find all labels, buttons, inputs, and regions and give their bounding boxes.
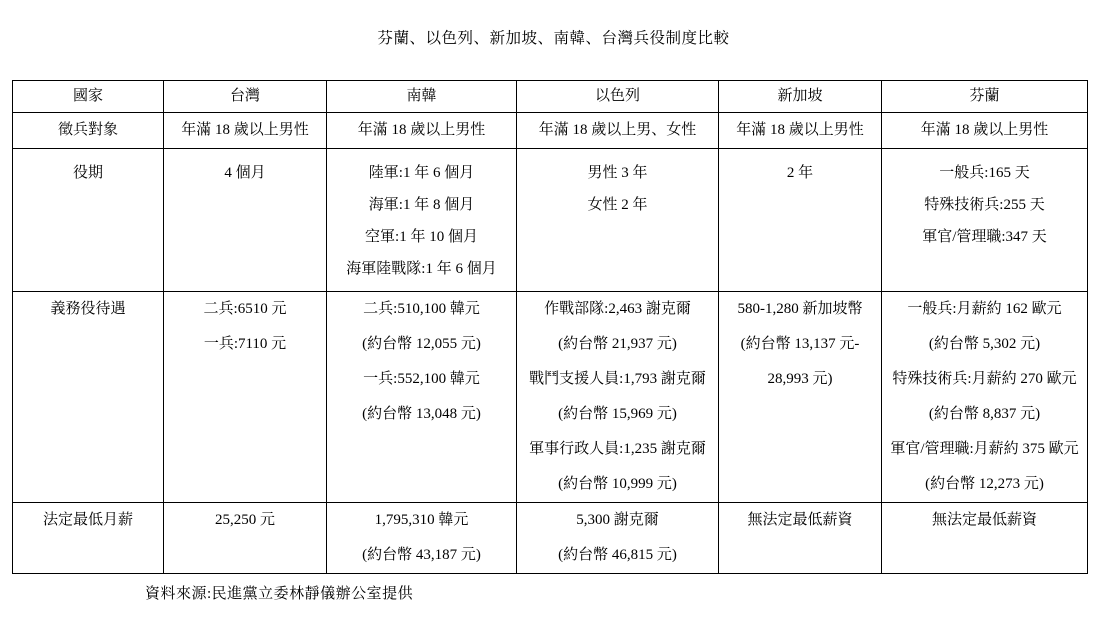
cell-finland-period: 一般兵:165 天 特殊技術兵:255 天 軍官/管理職:347 天: [882, 149, 1088, 292]
cell-line: 男性 3 年: [517, 157, 718, 189]
cell-line: (約台幣 13,048 元): [327, 397, 516, 432]
cell-line: 空軍:1 年 10 個月: [327, 221, 516, 253]
table-row-minimum-wage: 法定最低月薪 25,250 元 1,795,310 韓元 (約台幣 43,187…: [13, 503, 1088, 574]
page-title: 芬蘭、以色列、新加坡、南韓、台灣兵役制度比較: [0, 26, 1107, 48]
cell-line: 二兵:6510 元: [164, 292, 326, 327]
cell-line: (約台幣 12,055 元): [327, 327, 516, 362]
cell-line: 一兵:552,100 韓元: [327, 362, 516, 397]
col-header-south-korea: 南韓: [327, 81, 517, 113]
cell-singapore-pay: 580-1,280 新加坡幣 (約台幣 13,137 元- 28,993 元): [719, 292, 882, 503]
cell-line: 女性 2 年: [517, 189, 718, 221]
cell-line: 特殊技術兵:255 天: [882, 189, 1087, 221]
row-label-minimum-wage: 法定最低月薪: [13, 503, 164, 574]
cell-finland-target: 年滿 18 歲以上男性: [882, 113, 1088, 149]
cell-taiwan-minwage: 25,250 元: [164, 503, 327, 574]
cell-line: (約台幣 15,969 元): [517, 397, 718, 432]
cell-finland-pay: 一般兵:月薪約 162 歐元 (約台幣 5,302 元) 特殊技術兵:月薪約 2…: [882, 292, 1088, 503]
cell-line: (約台幣 43,187 元): [327, 538, 516, 573]
cell-line: 1,795,310 韓元: [327, 503, 516, 538]
cell-line: 一般兵:165 天: [882, 157, 1087, 189]
cell-line: 年滿 18 歲以上男、女性: [517, 113, 718, 148]
cell-line: 役期: [13, 157, 163, 189]
conscription-comparison-table: 國家 台灣 南韓 以色列 新加坡 芬蘭 徵兵對象 年滿 18 歲以上男性 年滿 …: [12, 80, 1088, 574]
cell-line: 一兵:7110 元: [164, 327, 326, 362]
cell-line: 年滿 18 歲以上男性: [164, 113, 326, 148]
cell-line: 年滿 18 歲以上男性: [327, 113, 516, 148]
cell-israel-target: 年滿 18 歲以上男、女性: [517, 113, 719, 149]
cell-line: (約台幣 8,837 元): [882, 397, 1087, 432]
cell-line: 軍官/管理職:347 天: [882, 221, 1087, 253]
cell-line: 軍事行政人員:1,235 謝克爾: [517, 432, 718, 467]
col-header-finland: 芬蘭: [882, 81, 1088, 113]
cell-taiwan-period: 4 個月: [164, 149, 327, 292]
cell-finland-minwage: 無法定最低薪資: [882, 503, 1088, 574]
row-label-conscript-pay: 義務役待遇: [13, 292, 164, 503]
document-page: 芬蘭、以色列、新加坡、南韓、台灣兵役制度比較 國家 台灣 南韓 以色列 新加坡 …: [0, 0, 1107, 622]
cell-line: (約台幣 46,815 元): [517, 538, 718, 573]
table-row-conscription-target: 徵兵對象 年滿 18 歲以上男性 年滿 18 歲以上男性 年滿 18 歲以上男、…: [13, 113, 1088, 149]
cell-line: 無法定最低薪資: [719, 503, 881, 538]
cell-line: 25,250 元: [164, 503, 326, 538]
col-header-singapore: 新加坡: [719, 81, 882, 113]
cell-line: 海軍:1 年 8 個月: [327, 189, 516, 221]
cell-israel-pay: 作戰部隊:2,463 謝克爾 (約台幣 21,937 元) 戰鬥支援人員:1,7…: [517, 292, 719, 503]
source-note: 資料來源:民進黨立委林靜儀辦公室提供: [145, 582, 413, 603]
cell-line: (約台幣 10,999 元): [517, 467, 718, 502]
cell-singapore-period: 2 年: [719, 149, 882, 292]
row-label-conscription-target: 徵兵對象: [13, 113, 164, 149]
cell-line: (約台幣 5,302 元): [882, 327, 1087, 362]
cell-taiwan-pay: 二兵:6510 元 一兵:7110 元: [164, 292, 327, 503]
cell-south-korea-pay: 二兵:510,100 韓元 (約台幣 12,055 元) 一兵:552,100 …: [327, 292, 517, 503]
col-header-country: 國家: [13, 81, 164, 113]
cell-line: 年滿 18 歲以上男性: [719, 113, 881, 148]
cell-israel-period: 男性 3 年 女性 2 年: [517, 149, 719, 292]
cell-line: (約台幣 21,937 元): [517, 327, 718, 362]
col-header-israel: 以色列: [517, 81, 719, 113]
table-row-conscript-pay: 義務役待遇 二兵:6510 元 一兵:7110 元 二兵:510,100 韓元 …: [13, 292, 1088, 503]
cell-line: 28,993 元): [719, 362, 881, 397]
cell-line: 法定最低月薪: [13, 503, 163, 538]
cell-line: 作戰部隊:2,463 謝克爾: [517, 292, 718, 327]
cell-line: 5,300 謝克爾: [517, 503, 718, 538]
cell-line: 2 年: [719, 157, 881, 189]
cell-taiwan-target: 年滿 18 歲以上男性: [164, 113, 327, 149]
cell-line: 戰鬥支援人員:1,793 謝克爾: [517, 362, 718, 397]
header-row: 國家 台灣 南韓 以色列 新加坡 芬蘭: [13, 81, 1088, 113]
cell-line: 陸軍:1 年 6 個月: [327, 157, 516, 189]
row-label-service-period: 役期: [13, 149, 164, 292]
cell-line: 580-1,280 新加坡幣: [719, 292, 881, 327]
cell-line: 年滿 18 歲以上男性: [882, 113, 1087, 148]
cell-line: 一般兵:月薪約 162 歐元: [882, 292, 1087, 327]
cell-line: 特殊技術兵:月薪約 270 歐元: [882, 362, 1087, 397]
table-row-service-period: 役期 4 個月 陸軍:1 年 6 個月 海軍:1 年 8 個月 空軍:1 年 1…: [13, 149, 1088, 292]
cell-israel-minwage: 5,300 謝克爾 (約台幣 46,815 元): [517, 503, 719, 574]
cell-line: 徵兵對象: [13, 113, 163, 148]
cell-line: (約台幣 13,137 元-: [719, 327, 881, 362]
cell-line: 4 個月: [164, 157, 326, 189]
cell-south-korea-minwage: 1,795,310 韓元 (約台幣 43,187 元): [327, 503, 517, 574]
cell-south-korea-target: 年滿 18 歲以上男性: [327, 113, 517, 149]
cell-line: 無法定最低薪資: [882, 503, 1087, 538]
cell-singapore-target: 年滿 18 歲以上男性: [719, 113, 882, 149]
cell-singapore-minwage: 無法定最低薪資: [719, 503, 882, 574]
col-header-taiwan: 台灣: [164, 81, 327, 113]
cell-line: 二兵:510,100 韓元: [327, 292, 516, 327]
cell-line: 義務役待遇: [13, 292, 163, 327]
cell-line: (約台幣 12,273 元): [882, 467, 1087, 502]
cell-line: 軍官/管理職:月薪約 375 歐元: [882, 432, 1087, 467]
cell-line: 海軍陸戰隊:1 年 6 個月: [327, 253, 516, 285]
cell-south-korea-period: 陸軍:1 年 6 個月 海軍:1 年 8 個月 空軍:1 年 10 個月 海軍陸…: [327, 149, 517, 292]
